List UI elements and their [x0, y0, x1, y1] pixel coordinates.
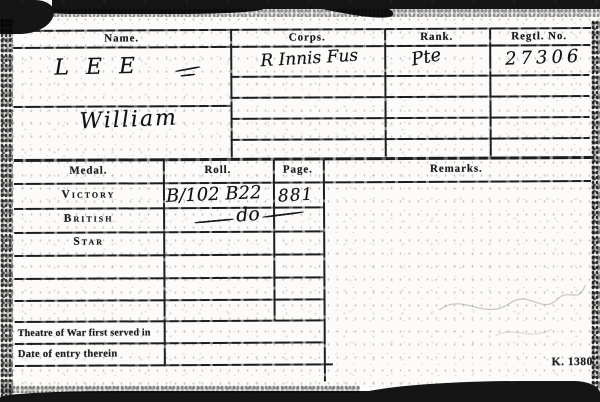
corps-handwritten: R Innis Fus [239, 44, 380, 72]
faint-pencil-squiggle [425, 247, 596, 358]
british-row-rule [14, 230, 323, 233]
ditto-dash-left [194, 218, 234, 224]
blank-row-rule-2 [15, 298, 324, 301]
star-row-rule [14, 253, 323, 256]
stray-pen-mark-2 [180, 73, 195, 77]
theatre-of-war-label: Theatre of War first served in [18, 327, 151, 339]
medal-row-star-label: Star [14, 235, 163, 248]
scan-speckle-right-edge [591, 20, 600, 402]
stray-pen-mark-1 [175, 66, 200, 72]
scan-speckle-left-edge [0, 18, 13, 402]
surname-handwritten: LEE [54, 53, 152, 80]
medal-header-underline [14, 180, 591, 185]
blank-row-rule-1 [14, 276, 323, 279]
regtl-no-column-header: Regtl. No. [489, 30, 589, 43]
roll-column-header: Roll. [163, 164, 273, 177]
form-number: K. 1380 [535, 356, 593, 368]
top-row-rule-2 [230, 95, 589, 98]
roll-page-divider [273, 160, 276, 321]
card: Name. Corps. Rank. Regtl. No. LEE Willia… [0, 0, 600, 402]
name-corps-divider [230, 30, 233, 159]
rank-handwritten: Pte [410, 44, 443, 70]
section-divider-rule [14, 156, 592, 162]
rank-column-header: Rank. [384, 31, 489, 44]
scan-smudge-bottom-fray [0, 385, 360, 393]
medal-row-british-label: British [14, 212, 163, 225]
medal-column-header: Medal. [14, 164, 163, 177]
victory-page-handwritten: 881 [277, 185, 314, 207]
page-column-header: Page. [273, 163, 323, 175]
victory-row-rule [14, 206, 323, 209]
page-remarks-divider [323, 159, 326, 381]
regtl-no-handwritten: 27306 [501, 46, 587, 70]
corps-rank-divider [384, 29, 387, 158]
top-row-rule-1 [230, 74, 589, 77]
blank-row-rule-3 [15, 319, 324, 322]
top-row-rule-3 [231, 116, 590, 119]
theatre-row-rule [15, 341, 324, 344]
forename-handwritten: William [79, 105, 178, 134]
name-column-header: Name. [13, 32, 230, 45]
remarks-column-header: Remarks. [323, 162, 590, 175]
scan-smudge-top-fray [52, 8, 600, 17]
rank-regtl-divider [489, 29, 492, 158]
date-row-rule [15, 363, 333, 367]
top-row-rule-4 [231, 137, 590, 140]
medal-index-card-scan: Name. Corps. Rank. Regtl. No. LEE Willia… [0, 0, 600, 402]
corps-column-header: Corps. [230, 31, 384, 44]
medal-row-victory-label: Victory [14, 188, 163, 201]
british-ditto-handwritten: do [235, 203, 260, 227]
ditto-dash-right [262, 211, 304, 218]
date-of-entry-label: Date of entry therein [18, 348, 118, 360]
